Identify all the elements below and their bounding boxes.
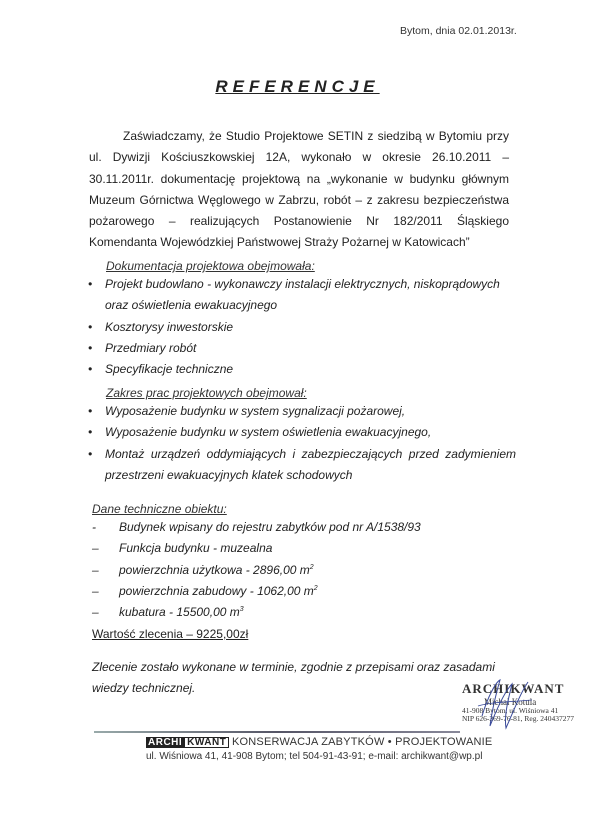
documentation-heading: Dokumentacja projektowa obejmowała: [106,259,315,273]
bullet-icon: • [88,338,92,359]
dash-icon: – [92,602,99,623]
dash-icon: – [92,581,99,602]
list-item: –powierzchnia użytkowa - 2896,00 m2 [92,560,512,581]
dash-icon: – [92,538,99,559]
dash-icon: – [92,560,99,581]
list-item: •Montaż urządzeń oddymiających i zabezpi… [88,444,516,487]
technical-list: -Budynek wpisany do rejestru zabytków po… [92,517,512,623]
intro-text: Zaświadczamy, że Studio Projektowe SETIN… [89,129,509,249]
bullet-icon: • [88,444,92,465]
footer-address: ul. Wiśniowa 41, 41-908 Bytom; tel 504-9… [146,751,482,762]
list-item: •Kosztorysy inwestorskie [88,317,518,338]
closing-statement: Zlecenie zostało wykonane w terminie, zg… [92,657,512,700]
documentation-list: •Projekt budowlano - wykonawczy instalac… [88,274,518,380]
technical-heading: Dane techniczne obiektu: [92,502,227,516]
list-item: •Wyposażenie budynku w system oświetleni… [88,422,516,443]
document-date: Bytom, dnia 02.01.2013r. [400,25,517,37]
signature-icon [470,676,540,732]
list-item: –kubatura - 15500,00 m3 [92,602,512,623]
list-item: •Przedmiary robót [88,338,518,359]
footer-divider [94,731,460,733]
bullet-icon: • [88,274,92,295]
list-item: –powierzchnia zabudowy - 1062,00 m2 [92,581,512,602]
list-item: •Specyfikacje techniczne [88,359,518,380]
intro-paragraph: Zaświadczamy, że Studio Projektowe SETIN… [89,126,509,254]
bullet-icon: • [88,359,92,380]
dash-icon: - [92,517,96,538]
bullet-icon: • [88,401,92,422]
bullet-icon: • [88,317,92,338]
list-item: –Funkcja budynku - muzealna [92,538,512,559]
scope-heading: Zakres prac projektowych obejmował: [106,386,307,400]
document-title: REFERENCJE [0,77,595,97]
bullet-icon: • [88,422,92,443]
footer-logo: ARCHIKWANT [146,737,229,748]
scope-list: •Wyposażenie budynku w system sygnalizac… [88,401,516,486]
logo-part-archi: ARCHI [146,737,184,748]
list-item: •Projekt budowlano - wykonawczy instalac… [88,274,518,317]
list-item: -Budynek wpisany do rejestru zabytków po… [92,517,512,538]
list-item: •Wyposażenie budynku w system sygnalizac… [88,401,516,422]
footer-tagline: KONSERWACJA ZABYTKÓW • PROJEKTOWANIE [232,736,492,748]
order-value: Wartość zlecenia – 9225,00zł [92,627,248,641]
logo-part-kwant: KWANT [184,737,229,748]
